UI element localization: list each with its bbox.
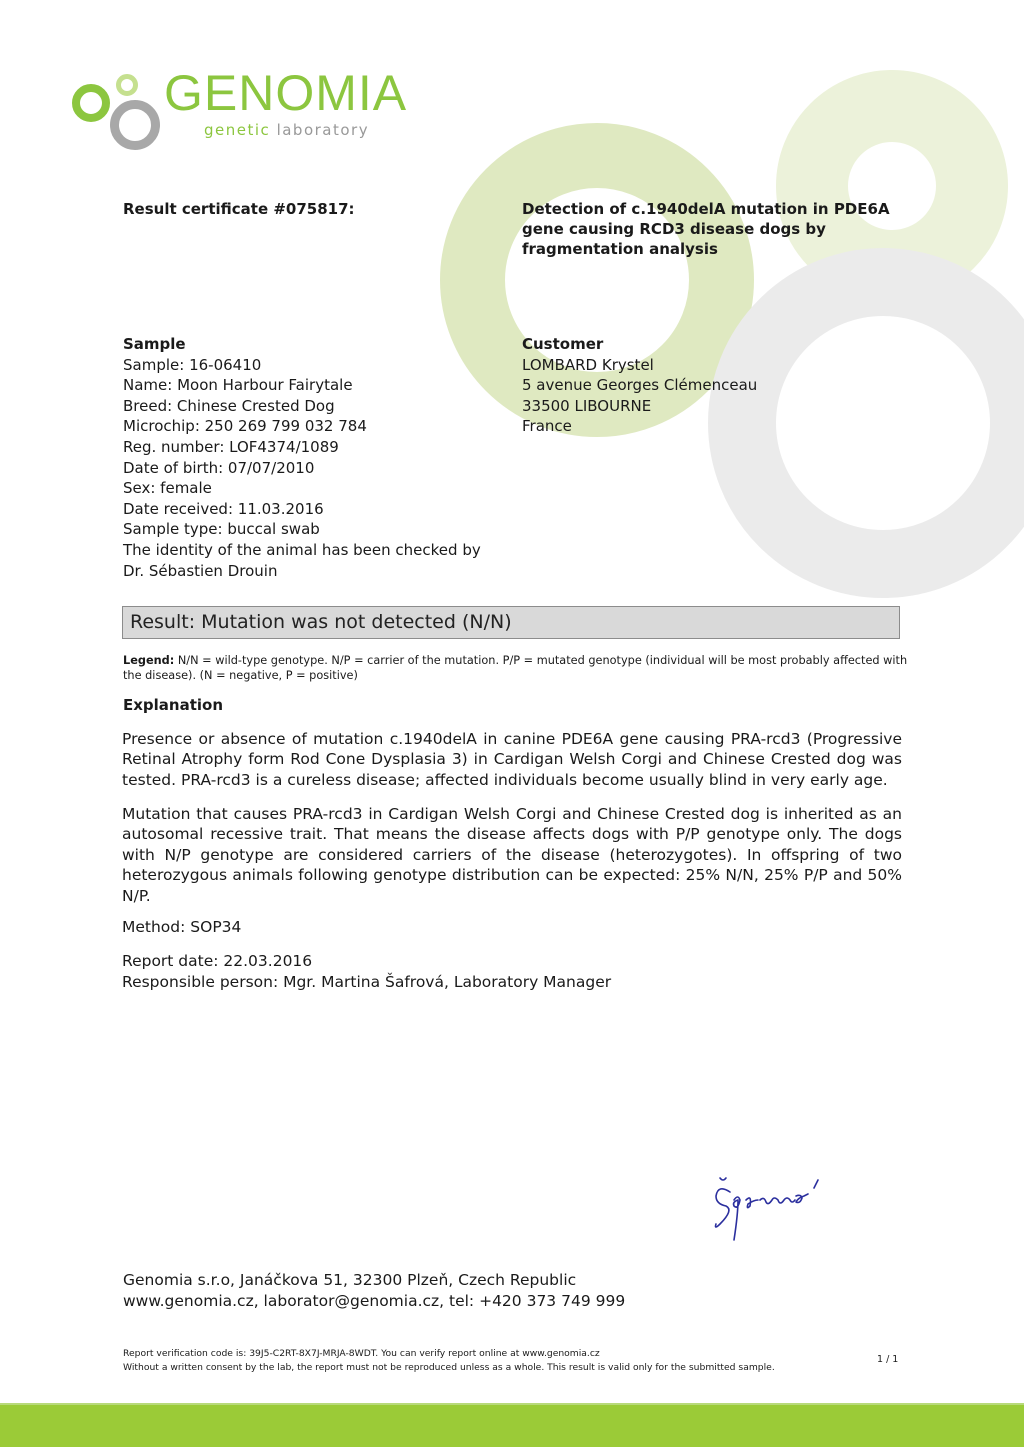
sample-line: Name: Moon Harbour Fairytale — [123, 375, 481, 396]
report-date: Report date: 22.03.2016 — [122, 951, 611, 972]
sample-section: Sample Sample: 16-06410 Name: Moon Harbo… — [123, 334, 481, 581]
sample-line: Breed: Chinese Crested Dog — [123, 396, 481, 417]
bottom-green-bar — [0, 1403, 1024, 1447]
logo-ring-green-icon — [72, 84, 110, 122]
certificate-title: Result certificate #075817: — [123, 199, 355, 219]
customer-section: Customer LOMBARD Krystel 5 avenue George… — [522, 334, 757, 437]
sample-line: Date of birth: 07/07/2010 — [123, 458, 481, 479]
company-contact: www.genomia.cz, laborator@genomia.cz, te… — [123, 1291, 625, 1312]
test-title: Detection of c.1940delA mutation in PDE6… — [522, 199, 902, 259]
sample-line: Microchip: 250 269 799 032 784 — [123, 416, 481, 437]
company-address: Genomia s.r.o, Janáčkova 51, 32300 Plzeň… — [123, 1270, 625, 1291]
legend-label: Legend: — [123, 654, 174, 667]
footer-address-block: Genomia s.r.o, Janáčkova 51, 32300 Plzeň… — [123, 1270, 625, 1311]
method: Method: SOP34 — [122, 918, 241, 936]
customer-heading: Customer — [522, 334, 757, 355]
sample-heading: Sample — [123, 334, 481, 355]
customer-line: LOMBARD Krystel — [522, 355, 757, 376]
report-info: Report date: 22.03.2016 Responsible pers… — [122, 951, 611, 993]
sample-line: Sex: female — [123, 478, 481, 499]
customer-line: 33500 LIBOURNE — [522, 396, 757, 417]
explanation-paragraph: Mutation that causes PRA-rcd3 in Cardiga… — [122, 804, 902, 906]
responsible-person: Responsible person: Mgr. Martina Šafrová… — [122, 972, 611, 993]
customer-line: France — [522, 416, 757, 437]
sample-line: The identity of the animal has been chec… — [123, 540, 481, 561]
logo-ring-gray-icon — [110, 100, 160, 150]
verification-code: Report verification code is: 39J5-C2RT-8… — [123, 1347, 775, 1361]
disclaimer: Without a written consent by the lab, th… — [123, 1361, 775, 1375]
explanation-heading: Explanation — [123, 696, 223, 714]
legend: Legend: N/N = wild-type genotype. N/P = … — [123, 653, 913, 683]
customer-line: 5 avenue Georges Clémenceau — [522, 375, 757, 396]
sample-line: Sample type: buccal swab — [123, 519, 481, 540]
logo-ring-light-green-icon — [116, 74, 138, 96]
footer-notes: Report verification code is: 39J5-C2RT-8… — [123, 1347, 775, 1375]
logo-tagline: genetic laboratory — [204, 121, 369, 139]
tagline-accent: genetic — [204, 121, 270, 139]
explanation-paragraph: Presence or absence of mutation c.1940de… — [122, 729, 902, 790]
sample-line: Date received: 11.03.2016 — [123, 499, 481, 520]
signature-icon — [700, 1170, 860, 1260]
tagline-rest: laboratory — [277, 121, 370, 139]
genomia-logo: GENOMIA genetic laboratory — [72, 70, 442, 150]
page-number: 1 / 1 — [877, 1354, 898, 1365]
sample-line: Dr. Sébastien Drouin — [123, 561, 481, 582]
sample-line: Reg. number: LOF4374/1089 — [123, 437, 481, 458]
result-box: Result: Mutation was not detected (N/N) — [122, 606, 900, 639]
logo-wordmark: GENOMIA — [164, 64, 407, 122]
legend-text: N/N = wild-type genotype. N/P = carrier … — [123, 654, 907, 682]
sample-line: Sample: 16-06410 — [123, 355, 481, 376]
